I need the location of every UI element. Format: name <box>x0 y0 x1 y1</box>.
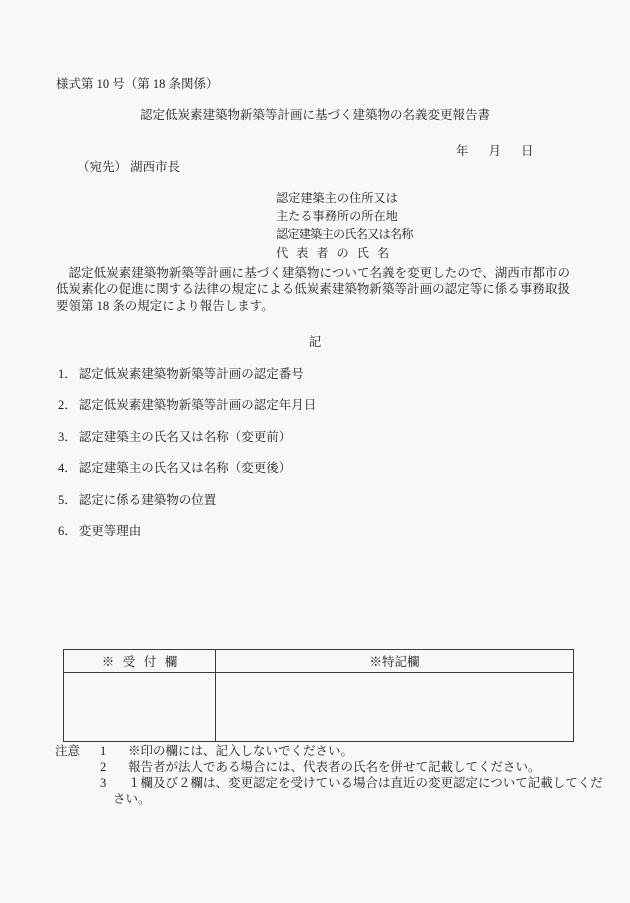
day-label: 日 <box>521 141 534 159</box>
list-item: 1．認定低炭素建築物新築等計画の認定番号 <box>58 364 316 395</box>
applicant-address-label: 認定建築主の住所又は <box>276 189 413 207</box>
applicant-office-label: 主たる事務所の所在地 <box>276 207 413 225</box>
item-text: 認定建築主の氏名又は名称（変更後） <box>79 461 292 475</box>
note-text: １欄及び２欄は、変更認定を受けている場合は直近の変更認定について記載してくだ <box>128 775 603 791</box>
reception-column-header: ※受付欄 <box>64 650 216 672</box>
item-text: 認定低炭素建築物新築等計画の認定年月日 <box>79 398 317 412</box>
notes-block: 注意 1 ※印の欄には、記入しないでください。 2 報告者が法人である場合には、… <box>55 743 603 807</box>
notes-label: 注意 <box>55 743 100 759</box>
note-continuation: さい。 <box>113 791 603 807</box>
list-item: 4．認定建築主の氏名又は名称（変更後） <box>58 458 316 489</box>
note-number: 1 <box>100 743 128 759</box>
item-list: 1．認定低炭素建築物新築等計画の認定番号 2．認定低炭素建築物新築等計画の認定年… <box>58 364 316 552</box>
item-text: 認定建築主の氏名又は名称（変更前） <box>79 430 292 444</box>
document-title: 認定低炭素建築物新築等計画に基づく建築物の名義変更報告書 <box>0 105 630 123</box>
note-line: 注意 1 ※印の欄には、記入しないでください。 <box>55 743 603 759</box>
note-number: 2 <box>100 759 128 775</box>
remarks-column-header: ※特記欄 <box>216 650 573 672</box>
month-label: 月 <box>489 141 502 159</box>
note-number: 3 <box>100 775 128 791</box>
list-item: 5．認定に係る建築物の位置 <box>58 490 316 521</box>
form-number: 様式第 10 号（第 18 条関係） <box>56 74 219 92</box>
table-header-row: ※受付欄 ※特記欄 <box>64 650 573 673</box>
note-text: ※印の欄には、記入しないでください。 <box>128 743 353 759</box>
note-line: 2 報告者が法人である場合には、代表者の氏名を併せて記載してください。 <box>55 759 603 775</box>
item-text: 変更等理由 <box>79 524 142 538</box>
date-line: 年 月 日 <box>456 141 534 159</box>
list-item: 3．認定建築主の氏名又は名称（変更前） <box>58 427 316 458</box>
addressee-name: 湖西市長 <box>130 160 180 174</box>
table-body-row <box>64 673 573 741</box>
item-text: 認定低炭素建築物新築等計画の認定番号 <box>79 367 304 381</box>
list-item: 2．認定低炭素建築物新築等計画の認定年月日 <box>58 395 316 426</box>
item-number: 1． <box>58 367 77 381</box>
document-page: 様式第 10 号（第 18 条関係） 認定低炭素建築物新築等計画に基づく建築物の… <box>0 0 630 903</box>
note-text: 報告者が法人である場合には、代表者の氏名を併せて記載してください。 <box>128 759 541 775</box>
item-number: 2． <box>58 398 77 412</box>
addressee-prefix: （宛先） <box>77 160 127 174</box>
reception-cell <box>64 673 216 741</box>
applicant-name-label: 認定建築主の氏名又は名称 <box>276 225 413 243</box>
year-label: 年 <box>456 141 469 159</box>
item-number: 6． <box>58 524 77 538</box>
item-text: 認定に係る建築物の位置 <box>79 493 217 507</box>
applicant-block: 認定建築主の住所又は 主たる事務所の所在地 認定建築主の氏名又は名称 代表者の氏… <box>276 189 413 262</box>
body-paragraph: 認定低炭素建築物新築等計画に基づく建築物について名義を変更したので、湖西市都市の… <box>56 265 570 314</box>
addressee-line: （宛先）湖西市長 <box>77 157 180 175</box>
remarks-cell <box>216 673 573 741</box>
item-number: 3． <box>58 430 77 444</box>
representative-name-label: 代表者の氏名 <box>276 244 413 262</box>
item-number: 4． <box>58 461 77 475</box>
list-item: 6．変更等理由 <box>58 521 316 552</box>
form-table: ※受付欄 ※特記欄 <box>63 649 574 742</box>
item-number: 5． <box>58 493 77 507</box>
note-line: 3 １欄及び２欄は、変更認定を受けている場合は直近の変更認定について記載してくだ <box>55 775 603 791</box>
section-marker: 記 <box>0 332 630 350</box>
